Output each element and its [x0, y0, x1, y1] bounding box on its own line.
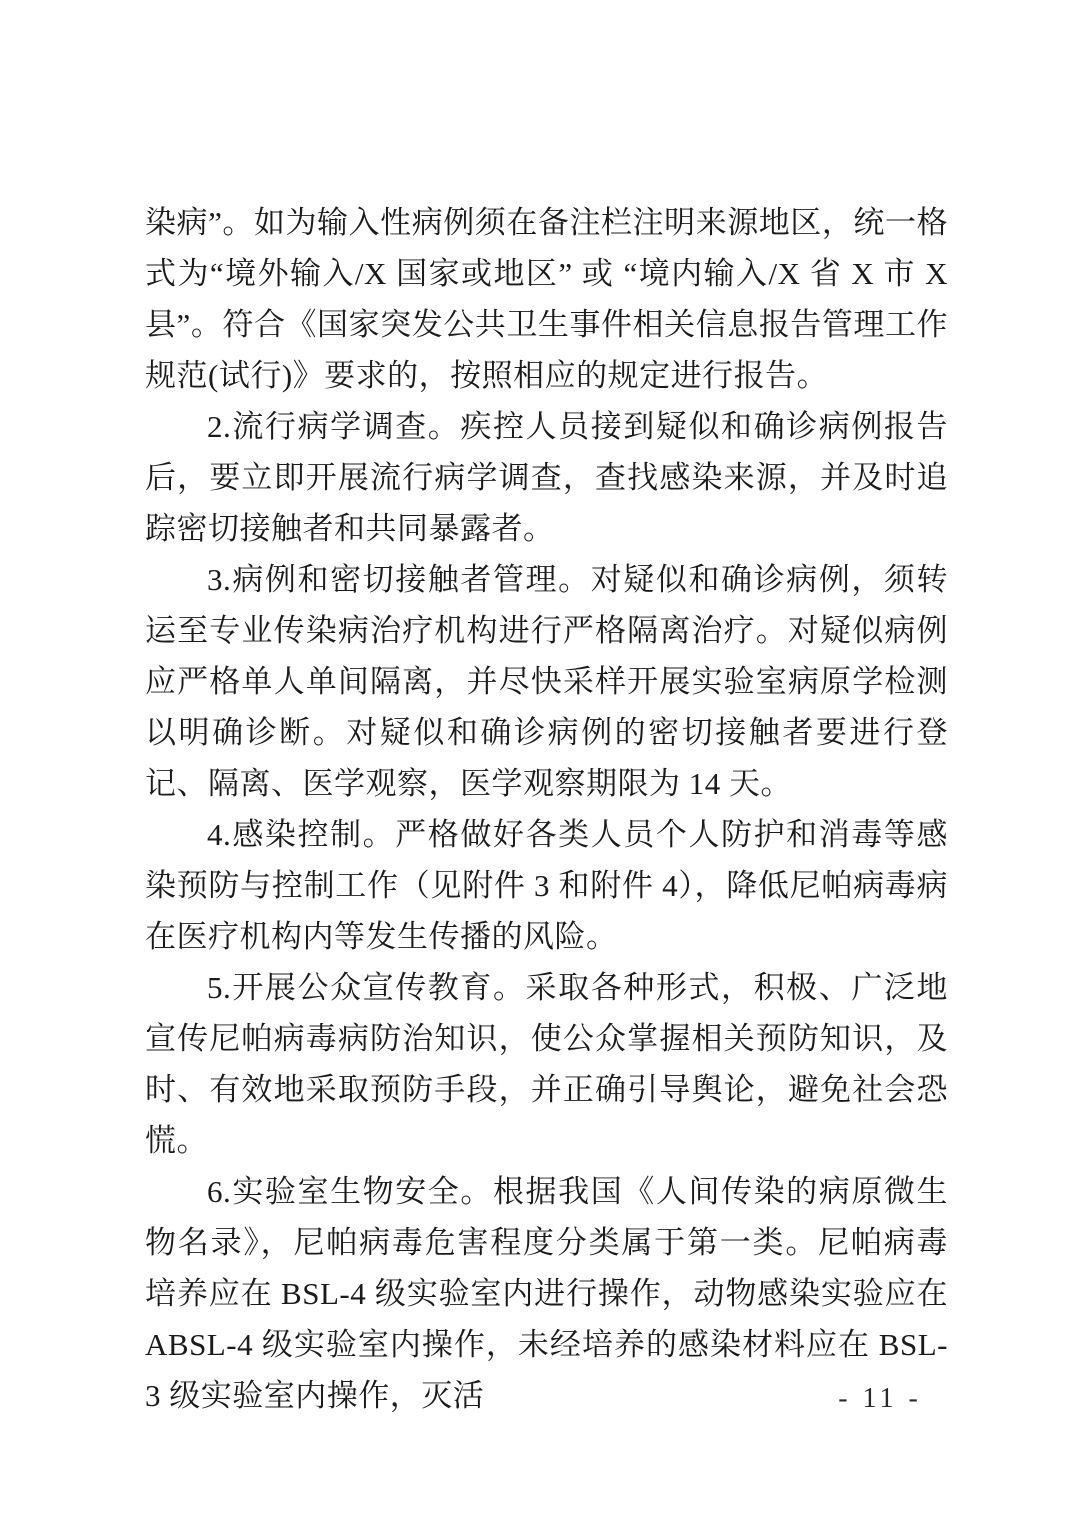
document-page: 染病”。如为输入性病例须在备注栏注明来源地区，统一格式为“境外输入/X 国家或地…	[0, 0, 1080, 1527]
paragraph-item-4-infection-control: 4.感染控制。严格做好各类人员个人防护和消毒等感染预防与控制工作（见附件 3 和…	[145, 809, 948, 962]
paragraph-item-6-laboratory-biosafety: 6.实验室生物安全。根据我国《人间传染的病原微生物名录》，尼帕病毒危害程度分类属…	[145, 1166, 948, 1421]
paragraph-item-3-case-and-contact-management: 3.病例和密切接触者管理。对疑似和确诊病例，须转运至专业传染病治疗机构进行严格隔…	[145, 554, 948, 809]
paragraph-continuation: 染病”。如为输入性病例须在备注栏注明来源地区，统一格式为“境外输入/X 国家或地…	[145, 197, 948, 401]
page-number: - 11 -	[820, 1385, 940, 1413]
paragraph-item-2-epidemiological-investigation: 2.流行病学调查。疾控人员接到疑似和确诊病例报告后，要立即开展流行病学调查，查找…	[145, 401, 948, 554]
document-body-text: 染病”。如为输入性病例须在备注栏注明来源地区，统一格式为“境外输入/X 国家或地…	[145, 197, 948, 1421]
paragraph-item-5-public-education: 5.开展公众宣传教育。采取各种形式，积极、广泛地宣传尼帕病毒病防治知识，使公众掌…	[145, 962, 948, 1166]
